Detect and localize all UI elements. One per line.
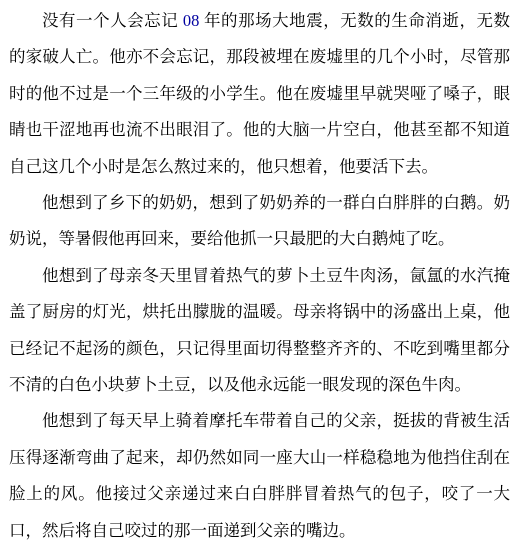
text-run: 没有一个人会忘记	[42, 11, 183, 30]
paragraph: 他想到了每天早上骑着摩托车带着自己的父亲，挺拔的背被生活压得逐渐弯曲了起来，却仍…	[9, 403, 510, 549]
paragraph: 他想到了母亲冬天里冒着热气的萝卜土豆牛肉汤，氤氲的水汽掩盖了厨房的灯光，烘托出朦…	[9, 258, 510, 404]
year-number: 08	[183, 11, 200, 30]
document-page: 没有一个人会忘记 08 年的那场大地震，无数的生命消逝，无数的家破人亡。他亦不会…	[0, 0, 522, 557]
document-body: 没有一个人会忘记 08 年的那场大地震，无数的生命消逝，无数的家破人亡。他亦不会…	[0, 0, 522, 549]
text-run: 他想到了每天早上骑着摩托车带着自己的父亲，挺拔的背被生活压得逐渐弯曲了起来，却仍…	[9, 411, 510, 539]
text-run: 他想到了母亲冬天里冒着热气的萝卜土豆牛肉汤，氤氲的水汽掩盖了厨房的灯光，烘托出朦…	[9, 266, 510, 394]
paragraph: 没有一个人会忘记 08 年的那场大地震，无数的生命消逝，无数的家破人亡。他亦不会…	[9, 3, 510, 185]
text-run: 他想到了乡下的奶奶，想到了奶奶养的一群白白胖胖的白鹅。奶奶说，等暑假他再回来，要…	[9, 193, 510, 248]
text-run: 年的那场大地震，无数的生命消逝，无数的家破人亡。他亦不会忘记，那段被埋在废墟里的…	[9, 11, 510, 176]
paragraph: 他想到了乡下的奶奶，想到了奶奶养的一群白白胖胖的白鹅。奶奶说，等暑假他再回来，要…	[9, 185, 510, 258]
